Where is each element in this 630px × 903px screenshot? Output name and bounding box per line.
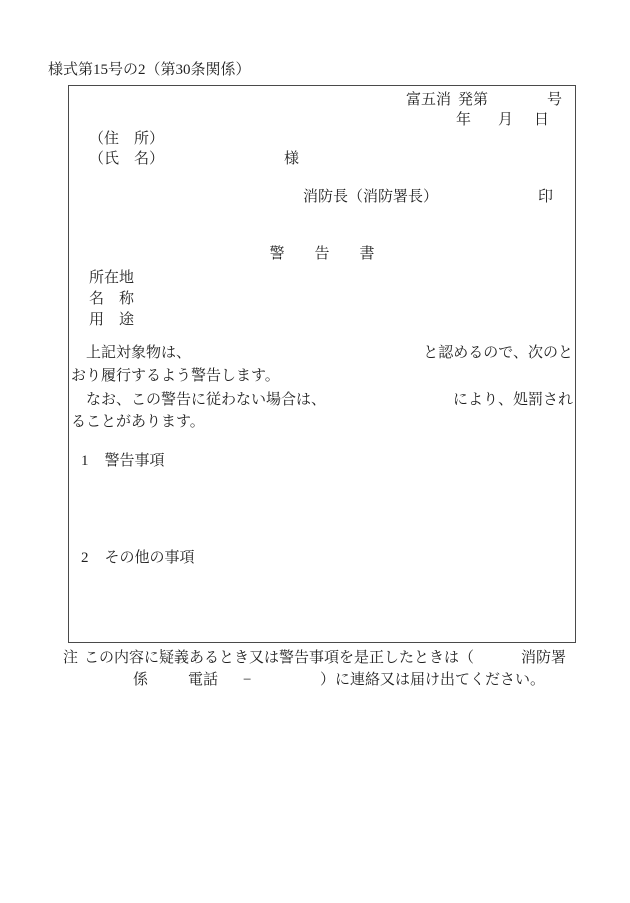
- note-line1-text: この内容に疑義あるとき又は警告事項を是正したときは（: [84, 648, 474, 668]
- paragraph2-line1-right: により、処罰され: [453, 390, 573, 410]
- note-tel-dash: −: [243, 670, 251, 690]
- date-year-label: 年: [456, 110, 471, 130]
- paragraph1-line1-right: と認めるので、次のと: [423, 343, 573, 363]
- issuer-abbrev: 富五消: [406, 90, 451, 110]
- recipient-name-label: （氏 名）: [89, 149, 164, 169]
- item-2-number: 2: [81, 548, 89, 568]
- property-use-label: 用 途: [89, 310, 134, 330]
- item-2: 2 その他の事項: [81, 548, 195, 568]
- note-tel-label: 電話: [188, 670, 218, 690]
- recipient-address-label: （住 所）: [89, 129, 164, 149]
- doc-number-label: 発第: [458, 90, 488, 110]
- note-line1-right: 消防署: [521, 648, 566, 668]
- item-1-label: 警告事項: [105, 451, 165, 471]
- date-day-label: 日: [534, 110, 549, 130]
- paragraph1-line2: おり履行するよう警告します。: [71, 366, 280, 386]
- item-2-label: その他の事項: [105, 548, 195, 568]
- sender-title: 消防長（消防署長）: [303, 187, 438, 207]
- paragraph2-line2: ることがあります。: [71, 412, 205, 432]
- document-title: 警 告 書: [69, 244, 575, 264]
- recipient-honorific: 様: [284, 149, 299, 169]
- date-month-label: 月: [498, 110, 513, 130]
- doc-number-unit: 号: [547, 90, 562, 110]
- note-line2-tail: ）に連絡又は届け出てください。: [320, 670, 545, 690]
- item-1-number: 1: [81, 451, 89, 471]
- property-name-label: 名 称: [89, 289, 134, 309]
- item-1: 1 警告事項: [81, 451, 165, 471]
- form-number-label: 様式第15号の2（第30条関係）: [48, 60, 251, 80]
- paragraph1-line1-left: 上記対象物は、: [71, 343, 191, 363]
- document-page: 様式第15号の2（第30条関係） 富五消 発第 号 年 月 日 （住 所） （氏…: [0, 0, 630, 903]
- sender-seal-label: 印: [538, 187, 553, 207]
- note-marker: 注: [63, 648, 78, 668]
- form-border-box: 富五消 発第 号 年 月 日 （住 所） （氏 名） 様 消防長（消防署長） 印…: [68, 85, 576, 643]
- property-location-label: 所在地: [89, 268, 134, 288]
- paragraph2-line1-left: なお、この警告に従わない場合は、: [71, 390, 326, 410]
- note-section-label: 係: [133, 670, 148, 690]
